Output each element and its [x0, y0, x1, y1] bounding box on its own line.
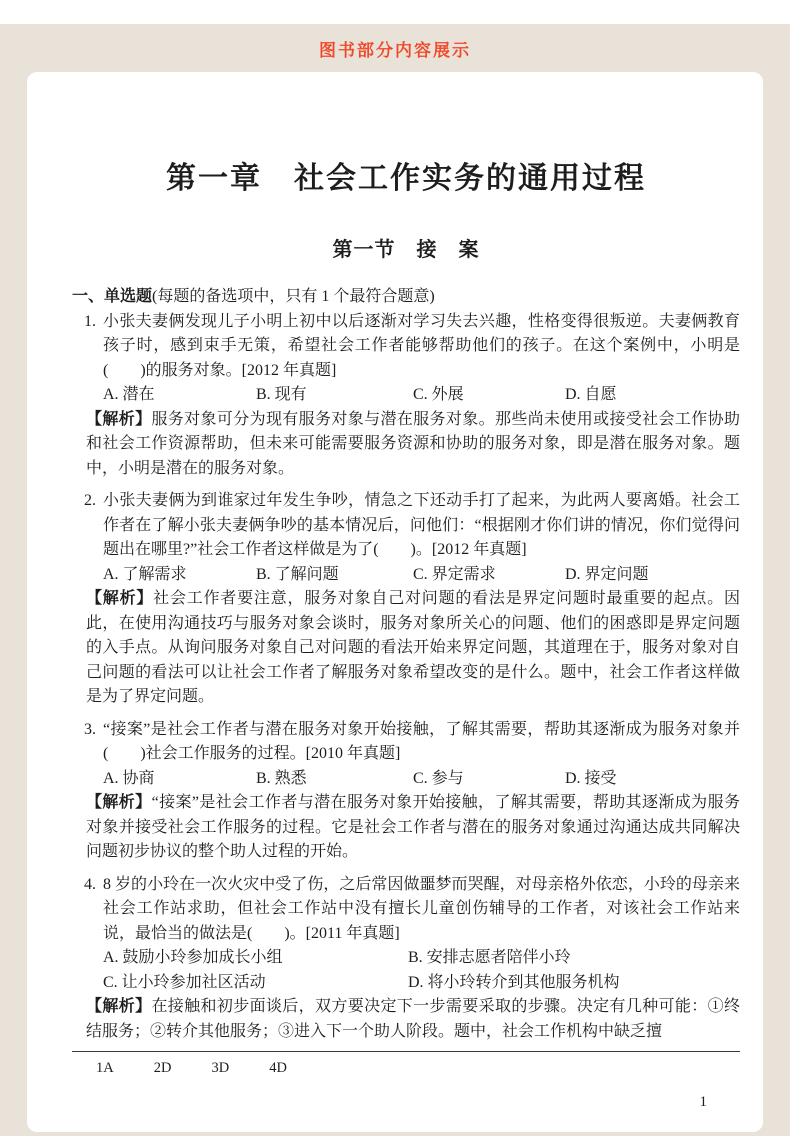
answer-item: 3D — [211, 1056, 229, 1081]
question-stem: 小张夫妻俩发现儿子小明上初中以后逐渐对学习失去兴趣，性格变得很叛逆。夫妻俩教育孩… — [103, 310, 740, 384]
analysis-text: 服务对象可分为现有服务对象与潜在服务对象。那些尚未使用或接受社会工作协助和社会工… — [86, 411, 740, 477]
options-row: A. 了解需求 B. 了解问题 C. 界定需求 D. 界定问题 — [103, 563, 740, 588]
question-stem: “接案”是社会工作者与潜在服务对象开始接触，了解其需要，帮助其逐渐成为服务对象并… — [103, 718, 740, 767]
section-title: 第一节 接 案 — [72, 236, 740, 264]
footer-divider — [72, 1051, 740, 1052]
options-row: A. 协商 B. 熟悉 C. 参与 D. 接受 — [103, 767, 740, 792]
question-stem-row: 4. 8 岁的小玲在一次火灾中受了伤，之后常因做噩梦而哭醒，对母亲格外依恋，小玲… — [84, 873, 740, 996]
book-page-sheet: 第一章 社会工作实务的通用过程 第一节 接 案 一、单选题(每题的备选项中，只有… — [27, 72, 763, 1132]
question-content: 小张夫妻俩为到谁家过年发生争吵，情急之下还动手打了起来，为此两人要离婚。社会工作… — [103, 489, 740, 587]
question-3: 3. “接案”是社会工作者与潜在服务对象开始接触，了解其需要，帮助其逐渐成为服务… — [72, 718, 740, 865]
answer-key: 1A 2D 3D 4D — [72, 1056, 740, 1081]
analysis: 【解析】社会工作者要注意，服务对象自己对问题的看法是界定问题时最重要的起点。因此… — [86, 587, 740, 710]
option-c: C. 让小玲参加社区活动 — [103, 971, 408, 996]
question-type-label: 一、单选题 — [72, 288, 152, 305]
answer-item: 1A — [96, 1056, 114, 1081]
option-a: A. 了解需求 — [103, 563, 256, 588]
analysis: 【解析】服务对象可分为现有服务对象与潜在服务对象。那些尚未使用或接受社会工作协助… — [86, 408, 740, 482]
option-c: C. 参与 — [413, 767, 565, 792]
analysis: 【解析】在接触和初步面谈后，双方要决定下一步需要采取的步骤。决定有几种可能：①终… — [86, 995, 740, 1044]
options-row: A. 潜在 B. 现有 C. 外展 D. 自愿 — [103, 383, 740, 408]
analysis: 【解析】“接案”是社会工作者与潜在服务对象开始接触，了解其需要，帮助其逐渐成为服… — [86, 791, 740, 865]
options-grid: A. 鼓励小玲参加成长小组 B. 安排志愿者陪伴小玲 C. 让小玲参加社区活动 … — [103, 946, 740, 995]
answer-item: 2D — [154, 1056, 172, 1081]
analysis-label: 【解析】 — [86, 794, 152, 811]
option-b: B. 安排志愿者陪伴小玲 — [408, 946, 740, 971]
question-content: 8 岁的小玲在一次火灾中受了伤，之后常因做噩梦而哭醒，对母亲格外依恋，小玲的母亲… — [103, 873, 740, 996]
option-a: A. 潜在 — [103, 383, 256, 408]
question-type-heading: 一、单选题(每题的备选项中，只有 1 个最符合题意) — [72, 285, 740, 310]
analysis-text: “接案”是社会工作者与潜在服务对象开始接触，了解其需要，帮助其逐渐成为服务对象并… — [86, 794, 740, 860]
option-d: D. 接受 — [565, 767, 740, 792]
option-d: D. 自愿 — [565, 383, 740, 408]
option-d: D. 将小玲转介到其他服务机构 — [408, 971, 740, 996]
question-stem: 8 岁的小玲在一次火灾中受了伤，之后常因做噩梦而哭醒，对母亲格外依恋，小玲的母亲… — [103, 873, 740, 947]
option-c: C. 外展 — [413, 383, 565, 408]
option-a: A. 协商 — [103, 767, 256, 792]
question-number: 1. — [84, 310, 103, 408]
chapter-title: 第一章 社会工作实务的通用过程 — [72, 72, 740, 200]
page-number: 1 — [72, 1090, 740, 1115]
option-c: C. 界定需求 — [413, 563, 565, 588]
option-a: A. 鼓励小玲参加成长小组 — [103, 946, 408, 971]
question-1: 1. 小张夫妻俩发现儿子小明上初中以后逐渐对学习失去兴趣，性格变得很叛逆。夫妻俩… — [72, 310, 740, 482]
analysis-label: 【解析】 — [86, 411, 151, 428]
question-number: 2. — [84, 489, 103, 587]
question-stem-row: 1. 小张夫妻俩发现儿子小明上初中以后逐渐对学习失去兴趣，性格变得很叛逆。夫妻俩… — [84, 310, 740, 408]
option-b: B. 现有 — [256, 383, 413, 408]
analysis-label: 【解析】 — [86, 998, 151, 1015]
question-stem: 小张夫妻俩为到谁家过年发生争吵，情急之下还动手打了起来，为此两人要离婚。社会工作… — [103, 489, 740, 563]
preview-banner: 图书部分内容展示 — [0, 24, 790, 72]
analysis-label: 【解析】 — [86, 590, 153, 607]
question-number: 4. — [84, 873, 103, 996]
analysis-text: 在接触和初步面谈后，双方要决定下一步需要采取的步骤。决定有几种可能：①终结服务；… — [86, 998, 740, 1040]
question-4: 4. 8 岁的小玲在一次火灾中受了伤，之后常因做噩梦而哭醒，对母亲格外依恋，小玲… — [72, 873, 740, 1045]
top-white-strip — [0, 0, 790, 24]
analysis-text: 社会工作者要注意，服务对象自己对问题的看法是界定问题时最重要的起点。因此，在使用… — [86, 590, 740, 705]
option-b: B. 了解问题 — [256, 563, 413, 588]
question-number: 3. — [84, 718, 103, 792]
answer-item: 4D — [269, 1056, 287, 1081]
question-stem-row: 2. 小张夫妻俩为到谁家过年发生争吵，情急之下还动手打了起来，为此两人要离婚。社… — [84, 489, 740, 587]
question-content: 小张夫妻俩发现儿子小明上初中以后逐渐对学习失去兴趣，性格变得很叛逆。夫妻俩教育孩… — [103, 310, 740, 408]
preview-banner-title: 图书部分内容展示 — [319, 36, 471, 61]
question-stem-row: 3. “接案”是社会工作者与潜在服务对象开始接触，了解其需要，帮助其逐渐成为服务… — [84, 718, 740, 792]
question-content: “接案”是社会工作者与潜在服务对象开始接触，了解其需要，帮助其逐渐成为服务对象并… — [103, 718, 740, 792]
option-d: D. 界定问题 — [565, 563, 740, 588]
option-b: B. 熟悉 — [256, 767, 413, 792]
question-type-note: (每题的备选项中，只有 1 个最符合题意) — [152, 288, 435, 305]
question-2: 2. 小张夫妻俩为到谁家过年发生争吵，情急之下还动手打了起来，为此两人要离婚。社… — [72, 489, 740, 710]
